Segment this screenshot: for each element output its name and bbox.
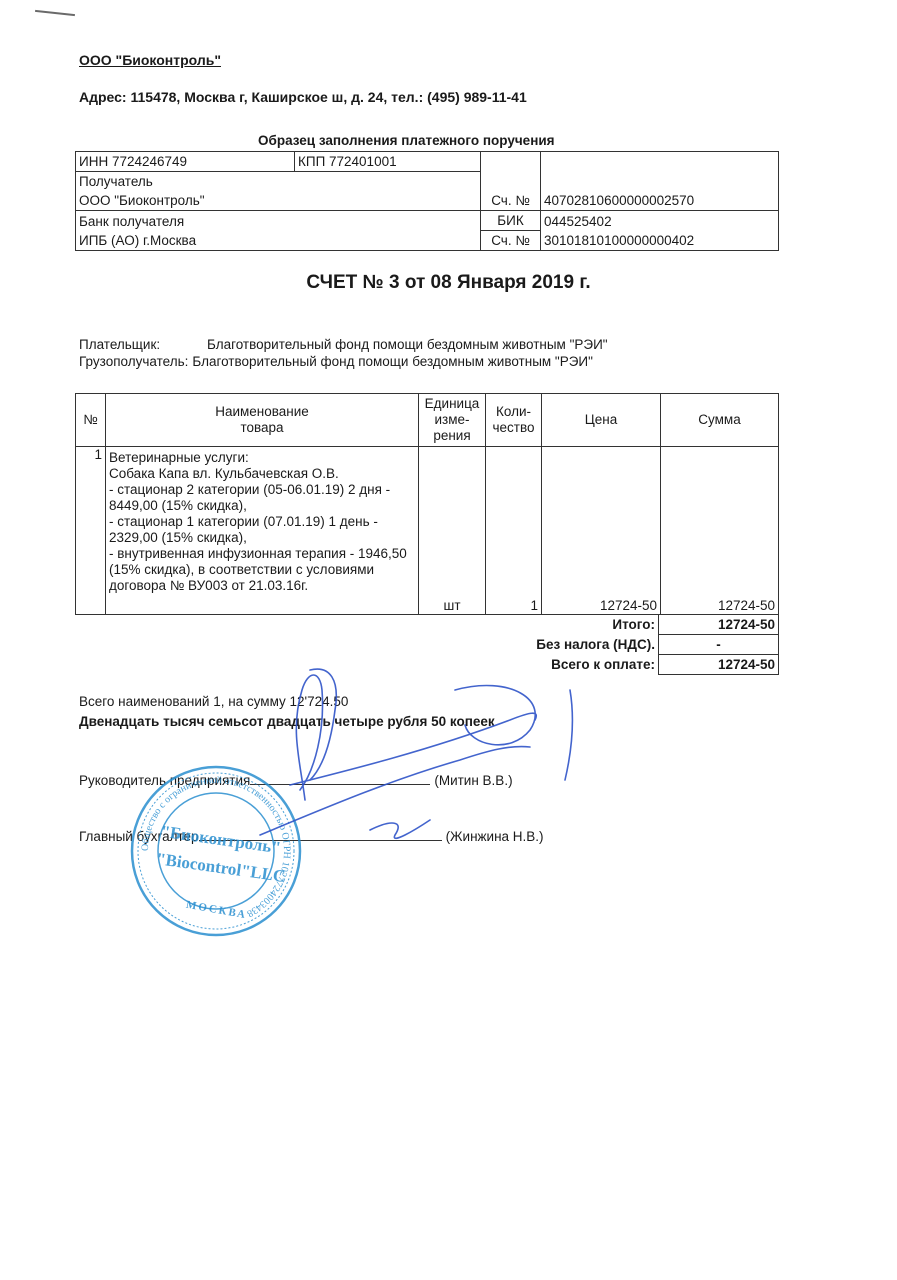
- consignee-row: Грузополучатель:Благотворительный фонд п…: [79, 354, 593, 369]
- scan-artifact-mark: [35, 10, 75, 16]
- row-qty: 1: [486, 447, 542, 615]
- inn-cell: ИНН 7724246749: [76, 152, 295, 172]
- consignee-label: Грузополучатель:: [79, 354, 188, 369]
- subtotal-label: Итого:: [410, 615, 659, 635]
- header-qty: Коли- чество: [486, 394, 542, 447]
- bik-label: БИК: [481, 211, 541, 231]
- header-no: №: [76, 394, 106, 447]
- bank-name: ИПБ (АО) г.Москва: [76, 231, 481, 251]
- kpp-cell: КПП 772401001: [295, 152, 481, 172]
- row-unit: шт: [419, 447, 486, 615]
- corr-account-label: Сч. №: [481, 231, 541, 251]
- account-number: 40702810600000002570: [541, 191, 779, 211]
- bank-details-table: ИНН 7724246749 КПП 772401001 Получатель …: [75, 151, 779, 251]
- corr-account-number: 30101810100000000402: [541, 231, 779, 251]
- company-name: ООО "Биоконтроль": [79, 52, 221, 68]
- bik-value: 044525402: [541, 211, 779, 231]
- subtotal-value: 12724-50: [659, 615, 779, 635]
- invoice-title: СЧЕТ № 3 от 08 Января 2019 г.: [0, 272, 897, 294]
- recipient-label: Получатель: [76, 172, 481, 192]
- total-value: 12724-50: [659, 655, 779, 675]
- recipient-name: ООО "Биоконтроль": [76, 191, 481, 211]
- table-row: 1 Ветеринарные услуги: Собака Капа вл. К…: [76, 447, 779, 615]
- header-name: Наименование товара: [106, 394, 419, 447]
- row-price: 12724-50: [542, 447, 661, 615]
- header-price: Цена: [542, 394, 661, 447]
- header-unit: Единица изме- рения: [419, 394, 486, 447]
- payer-row: Плательщик:Благотворительный фонд помощи…: [79, 337, 608, 352]
- bank-label: Банк получателя: [76, 211, 481, 231]
- row-name: Ветеринарные услуги: Собака Капа вл. Кул…: [106, 447, 419, 615]
- account-label: Сч. №: [481, 191, 541, 211]
- consignee-value: Благотворительный фонд помощи бездомным …: [192, 354, 593, 369]
- payer-label: Плательщик:: [79, 337, 207, 352]
- items-table: № Наименование товара Единица изме- рени…: [75, 393, 779, 615]
- header-sum: Сумма: [661, 394, 779, 447]
- row-no: 1: [76, 447, 106, 615]
- row-sum: 12724-50: [661, 447, 779, 615]
- payment-sample-title: Образец заполнения платежного поручения: [258, 133, 555, 148]
- tax-value: -: [659, 635, 779, 655]
- handwritten-signature: [230, 650, 590, 860]
- stamp-city: МОСКВА: [185, 899, 248, 922]
- payer-value: Благотворительный фонд помощи бездомным …: [207, 337, 608, 352]
- company-address: Адрес: 115478, Москва г, Каширское ш, д.…: [79, 89, 527, 105]
